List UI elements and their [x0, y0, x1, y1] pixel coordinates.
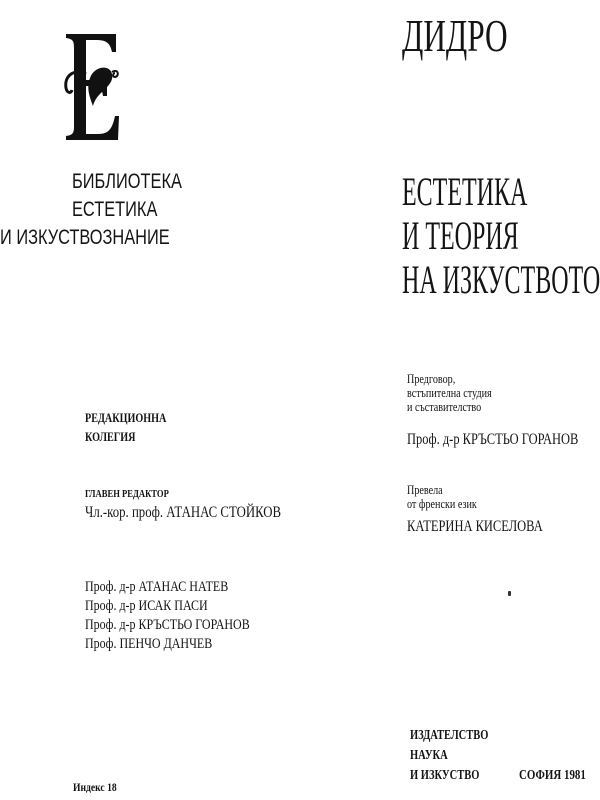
series-title: БИБЛИОТЕКА ЕСТЕТИКА И ИЗКУСТВОЗНАНИЕ [0, 168, 218, 252]
scan-speck [508, 591, 511, 596]
series-title-line-3: И ИЗКУСТВОЗНАНИЕ [0, 224, 170, 252]
ornate-e-emblem-icon [60, 30, 122, 145]
right-page: ДИДРО ЕСТЕТИКА И ТЕОРИЯ НА ИЗКУСТВОТО Пр… [380, 0, 600, 800]
city-year: СОФИЯ 1981 [519, 766, 600, 786]
foreword-author: Проф. д-р КРЪСТЬО ГОРАНОВ [407, 430, 600, 450]
chief-editor-label: ГЛАВЕН РЕДАКТОР [85, 487, 192, 501]
book-title-line-3: НА ИЗКУСТВОТО [402, 258, 600, 302]
left-page: БИБЛИОТЕКА ЕСТЕТИКА И ИЗКУСТВОЗНАНИЕ РЕД… [0, 0, 310, 800]
index-number: Индекс 18 [73, 780, 128, 795]
board-member: Проф. ПЕНЧО ДАНЧЕВ [85, 635, 291, 654]
translation-credit: Превела от френски език [407, 483, 497, 511]
book-title-line-2: И ТЕОРИЯ [402, 214, 519, 258]
editorial-board-heading: РЕДАКЦИОННА КОЛЕГИЯ [85, 408, 189, 446]
board-member: Проф. д-р КРЪСТЬО ГОРАНОВ [85, 616, 291, 635]
book-title: ЕСТЕТИКА И ТЕОРИЯ НА ИЗКУСТВОТО [402, 170, 600, 302]
board-member: Проф. д-р АТАНАС НАТЕВ [85, 578, 291, 597]
translator-name: КАТЕРИНА КИСЕЛОВА [407, 517, 581, 537]
board-member: Проф. д-р ИСАК ПАСИ [85, 597, 291, 616]
book-title-line-1: ЕСТЕТИКА [402, 170, 527, 214]
publisher: ИЗДАТЕЛСТВО НАУКА И ИЗКУСТВО [410, 726, 515, 786]
board-members-list: Проф. д-р АТАНАС НАТЕВ Проф. д-р ИСАК ПА… [85, 578, 291, 654]
author-name: ДИДРО [402, 10, 557, 62]
series-title-line-1: БИБЛИОТЕКА [72, 168, 182, 196]
series-title-line-2: ЕСТЕТИКА [72, 196, 157, 224]
chief-editor-name: Чл.-кор. проф. АТАНАС СТОЙКОВ [85, 503, 330, 523]
foreword-credit: Предговор, встъпителна студия и съставит… [407, 372, 516, 414]
